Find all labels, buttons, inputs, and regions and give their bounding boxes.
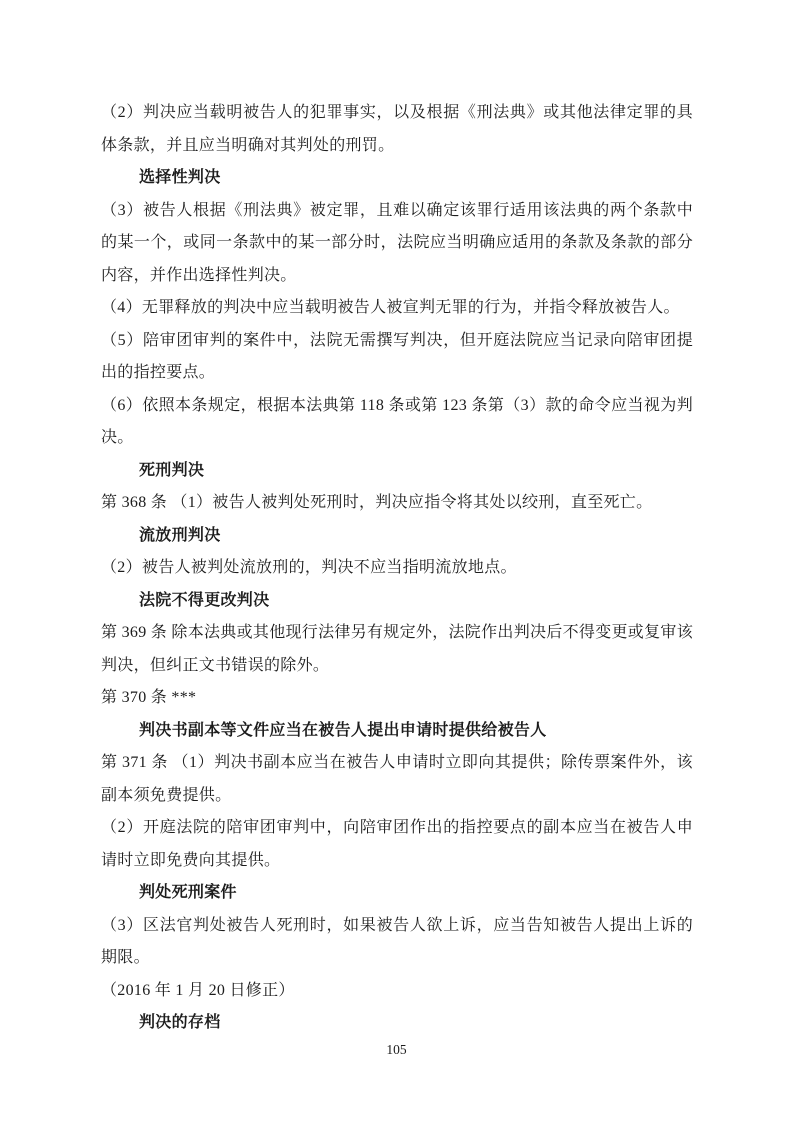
section-heading: 死刑判决	[101, 455, 693, 488]
paragraph: （3）被告人根据《刑法典》被定罪，且难以确定该罪行适用该法典的两个条款中的某一个…	[101, 195, 693, 293]
section-heading: 判决书副本等文件应当在被告人提出申请时提供给被告人	[101, 715, 693, 748]
page-number: 105	[0, 1040, 793, 1060]
paragraph: 第 371 条 （1）判决书副本应当在被告人申请时立即向其提供；除传票案件外，该…	[101, 747, 693, 812]
section-heading: 判决的存档	[101, 1007, 693, 1040]
section-heading: 选择性判决	[101, 162, 693, 195]
paragraph: （5）陪审团审判的案件中，法院无需撰写判决，但开庭法院应当记录向陪审团提出的指控…	[101, 325, 693, 390]
section-heading: 判处死刑案件	[101, 877, 693, 910]
paragraph: 第 369 条 除本法典或其他现行法律另有规定外，法院作出判决后不得变更或复审该…	[101, 617, 693, 682]
paragraph: （6）依照本条规定，根据本法典第 118 条或第 123 条第（3）款的命令应当…	[101, 390, 693, 455]
section-heading: 法院不得更改判决	[101, 585, 693, 618]
section-heading: 流放刑判决	[101, 520, 693, 553]
paragraph: （2）判决应当载明被告人的犯罪事实，以及根据《刑法典》或其他法律定罪的具体条款，…	[101, 97, 693, 162]
paragraph: 第 370 条 ***	[101, 682, 693, 715]
document-page: （2）判决应当载明被告人的犯罪事实，以及根据《刑法典》或其他法律定罪的具体条款，…	[0, 0, 793, 1122]
paragraph: （3）区法官判处被告人死刑时，如果被告人欲上诉，应当告知被告人提出上诉的期限。	[101, 910, 693, 975]
paragraph: （2016 年 1 月 20 日修正）	[101, 975, 693, 1008]
paragraph: 第 368 条 （1）被告人被判处死刑时，判决应指令将其处以绞刑，直至死亡。	[101, 487, 693, 520]
paragraph: （2）被告人被判处流放刑的，判决不应当指明流放地点。	[101, 552, 693, 585]
paragraph: （2）开庭法院的陪审团审判中，向陪审团作出的指控要点的副本应当在被告人申请时立即…	[101, 812, 693, 877]
document-content: （2）判决应当载明被告人的犯罪事实，以及根据《刑法典》或其他法律定罪的具体条款，…	[101, 97, 693, 1040]
paragraph: （4）无罪释放的判决中应当载明被告人被宣判无罪的行为，并指令释放被告人。	[101, 292, 693, 325]
